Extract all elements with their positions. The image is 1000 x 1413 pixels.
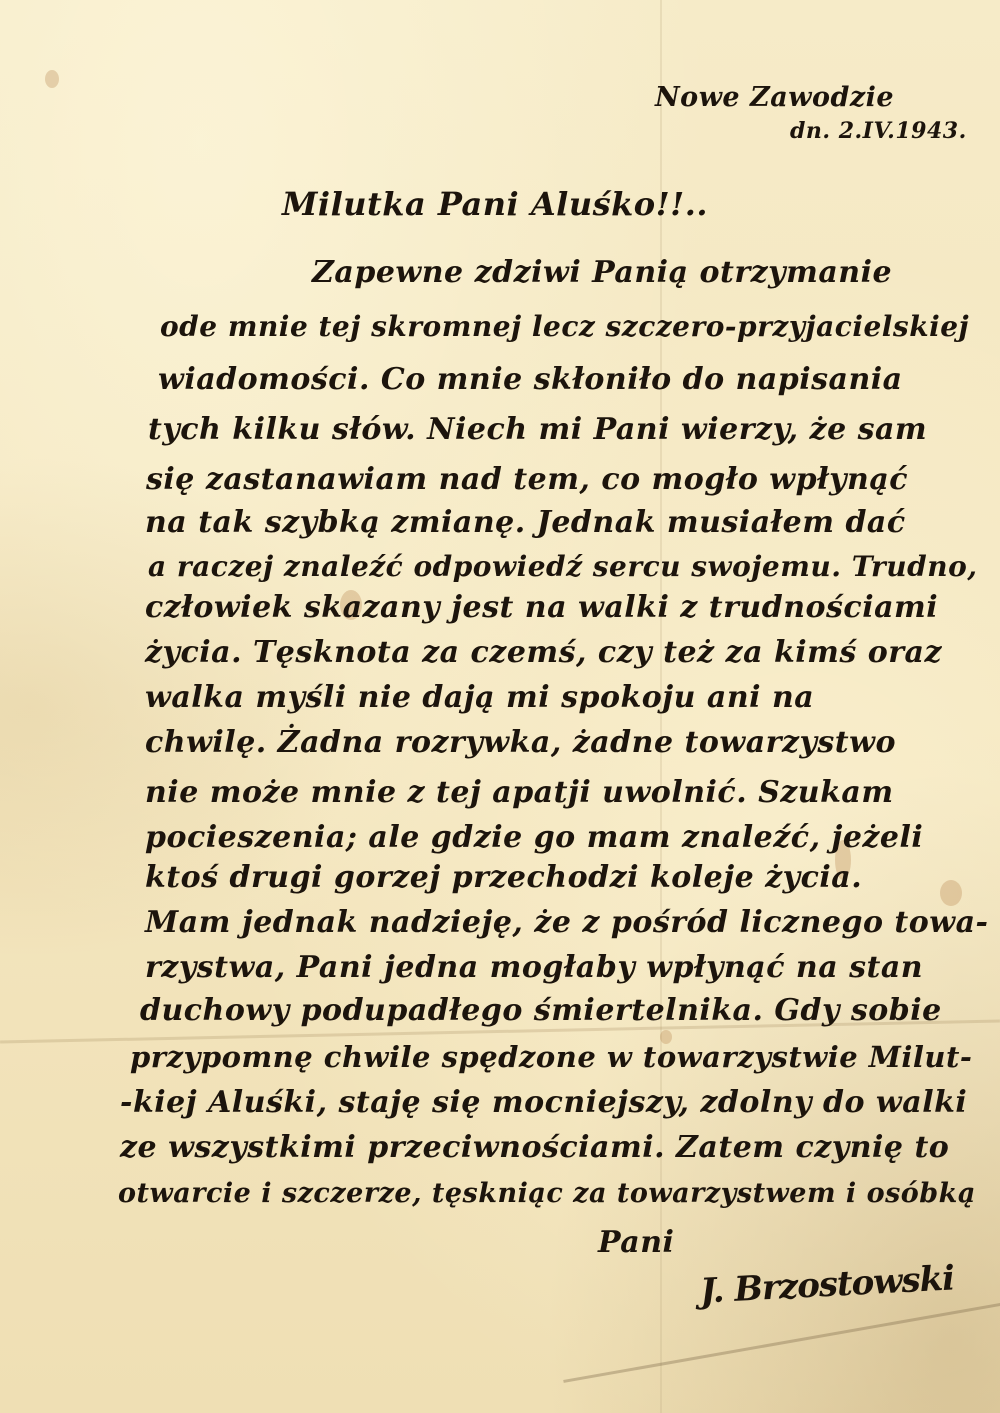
body-line: otwarcie i szczerze, tęskniąc za towarzy… <box>118 1178 976 1209</box>
body-line: na tak szybką zmianę. Jednak musiałem da… <box>145 505 906 540</box>
body-line: ze wszystkimi przeciwnościami. Zatem czy… <box>120 1130 949 1165</box>
body-line: walka myśli nie dają mi spokoju ani na <box>145 680 814 715</box>
paper-stain <box>45 70 59 88</box>
body-line: człowiek skazany jest na walki z trudnoś… <box>145 590 938 625</box>
body-line: wiadomości. Co mnie skłoniło do napisani… <box>158 362 903 397</box>
body-line: chwilę. Żadna rozrywka, żadne towarzystw… <box>145 725 896 760</box>
body-line: rzystwa, Pani jedna mogłaby wpłynąć na s… <box>145 950 923 985</box>
body-line: ode mnie tej skromnej lecz szczero-przyj… <box>160 310 969 343</box>
body-line: a raczej znaleźć odpowiedź sercu swojemu… <box>148 550 978 583</box>
body-line: przypomnę chwile spędzone w towarzystwie… <box>130 1040 972 1074</box>
body-line: Zapewne zdziwi Panią otrzymanie <box>312 255 892 290</box>
body-line: ktoś drugi gorzej przechodzi koleje życi… <box>145 860 862 895</box>
letter-date: dn. 2.IV.1943. <box>790 118 967 144</box>
body-line: duchowy podupadłego śmiertelnika. Gdy so… <box>140 993 942 1028</box>
letter-closing: Pani <box>598 1225 674 1260</box>
body-line: nie może mnie z tej apatji uwolnić. Szuk… <box>145 775 894 810</box>
paper-stain <box>940 880 962 906</box>
body-line: tych kilku słów. Niech mi Pani wierzy, ż… <box>148 412 927 447</box>
body-line: -kiej Aluśki, staję się mocniejszy, zdol… <box>120 1085 967 1120</box>
body-line: Mam jednak nadzieję, że z pośród liczneg… <box>145 905 988 940</box>
body-line: życia. Tęsknota za czemś, czy też za kim… <box>145 635 942 670</box>
body-line: pocieszenia; ale gdzie go mam znaleźć, j… <box>145 820 923 855</box>
paper-crease <box>563 1300 1000 1383</box>
letter-page: Nowe Zawodzie dn. 2.IV.1943. Milutka Pan… <box>0 0 1000 1413</box>
letter-place: Nowe Zawodzie <box>655 82 894 113</box>
body-line: się zastanawiam nad tem, co mogło wpłyną… <box>146 462 908 497</box>
letter-salutation: Milutka Pani Aluśko!!.. <box>282 185 708 223</box>
signature: J. Brzostowski <box>699 1258 955 1311</box>
